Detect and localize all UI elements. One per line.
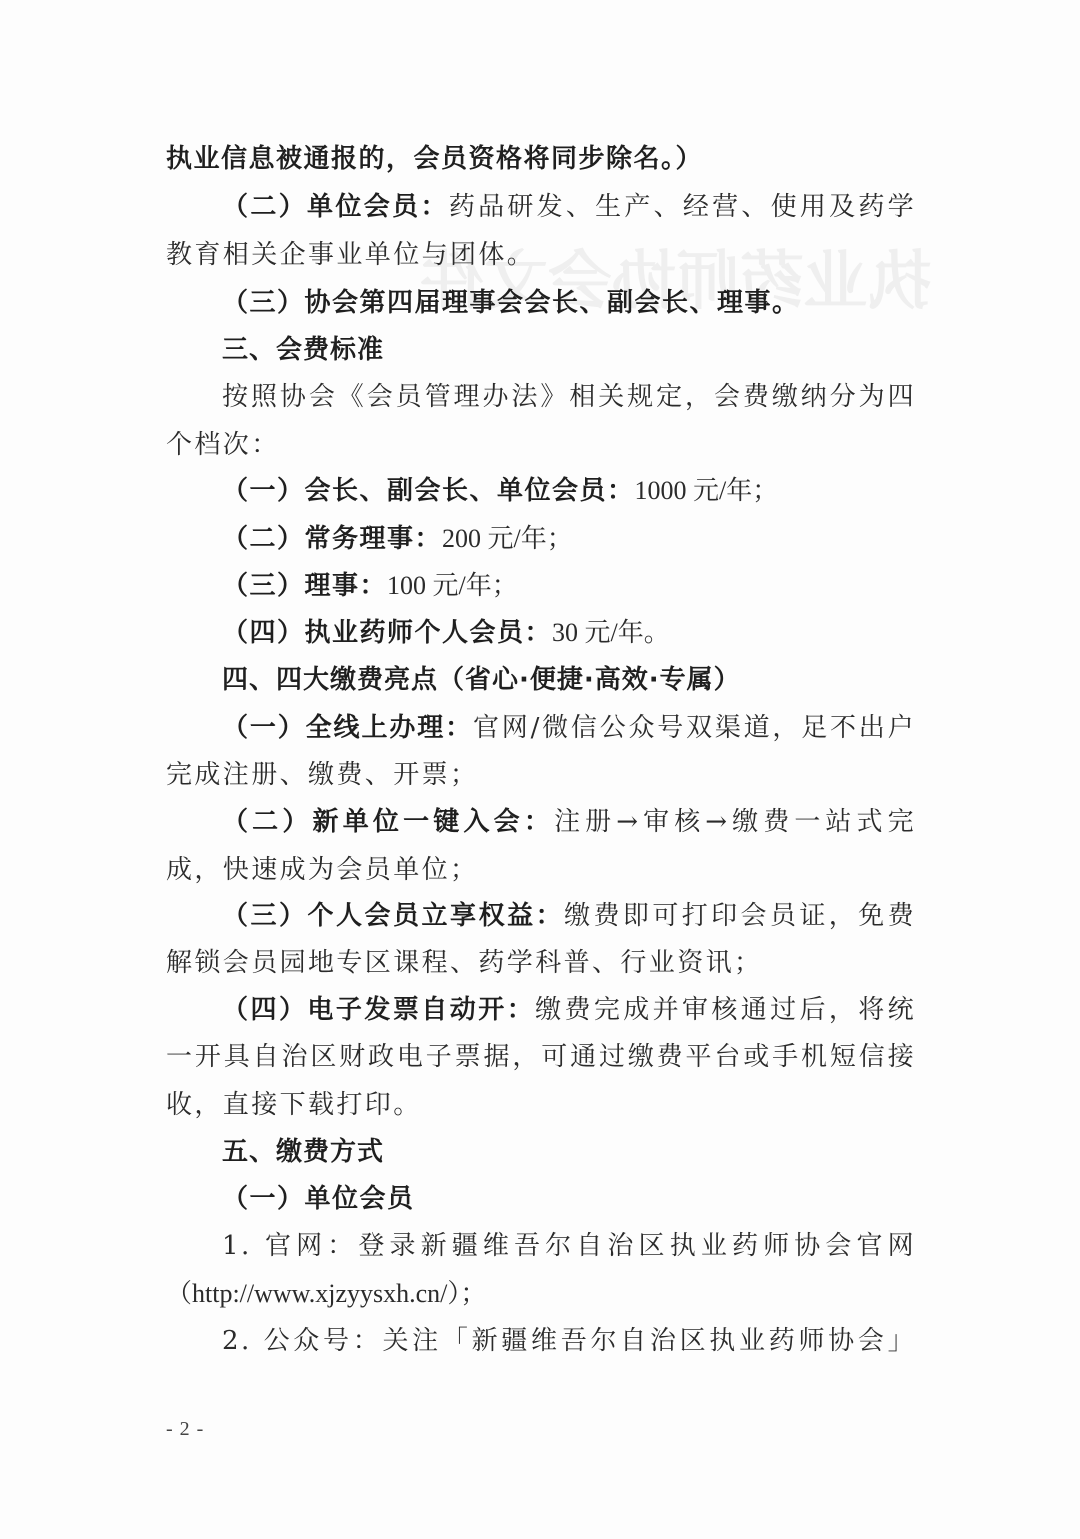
- body-text: 1. 官网：登录新疆维吾尔自治区执业药师协会官网: [222, 1231, 916, 1261]
- body-text: 药品研发、生产、经营、使用及药学: [449, 192, 916, 222]
- text-line: （二）单位会员：药品研发、生产、经营、使用及药学: [222, 190, 916, 224]
- heading-text: 五、缴费方式: [222, 1137, 384, 1167]
- fee-value: 30 元/年。: [552, 618, 670, 647]
- text-line: 个档次：: [166, 428, 916, 462]
- fee-value: 1000 元/年；: [635, 476, 779, 505]
- bold-text: （四）执业药师个人会员：: [222, 618, 552, 648]
- section-heading: 四、四大缴费亮点（省心·便捷·高效·专属）: [222, 663, 972, 697]
- bold-text: （三）理事：: [222, 571, 387, 601]
- fee-value: 100 元/年；: [387, 571, 518, 600]
- text-line: 一开具自治区财政电子票据，可通过缴费平台或手机短信接: [166, 1040, 916, 1074]
- body-text: 个档次：: [166, 430, 280, 460]
- body-text: 按照协会《会员管理办法》相关规定，会费缴纳分为四: [222, 382, 916, 412]
- bold-text: （四）电子发票自动开：: [222, 995, 535, 1025]
- bold-text: （一）单位会员: [222, 1184, 415, 1214]
- section-heading: 五、缴费方式: [222, 1135, 972, 1169]
- text-line: （一）全线上办理：官网/微信公众号双渠道，足不出户: [222, 711, 916, 745]
- body-text: 2. 公众号：关注「新疆维吾尔自治区执业药师协会」: [222, 1326, 916, 1356]
- text-line: （一）会长、副会长、单位会员：1000 元/年；: [222, 474, 972, 508]
- bold-text: （二）新单位一键入会：: [222, 807, 554, 837]
- body-text: 缴费即可打印会员证，免费: [564, 901, 916, 931]
- url-line: （http://www.xjzyysxh.cn/）；: [166, 1277, 916, 1311]
- bold-text: （二）常务理事：: [222, 524, 442, 554]
- text-line: 解锁会员园地专区课程、药学科普、行业资讯；: [166, 946, 916, 980]
- bold-text: 执业信息被通报的，会员资格将同步除名。）: [166, 144, 703, 174]
- subsection-heading: （一）单位会员: [222, 1182, 972, 1216]
- text-line: 成，快速成为会员单位；: [166, 853, 916, 887]
- body-text: 完成注册、缴费、开票；: [166, 760, 478, 790]
- text-line: （三）个人会员立享权益：缴费即可打印会员证，免费: [222, 899, 916, 933]
- body-text: 注册→审核→缴费一站式完: [554, 807, 916, 837]
- bold-text: （三）个人会员立享权益：: [222, 901, 564, 931]
- text-line: （三）协会第四届理事会会长、副会长、理事。: [222, 286, 972, 320]
- body-text: 一开具自治区财政电子票据，可通过缴费平台或手机短信接: [166, 1042, 916, 1072]
- text-line: （四）执业药师个人会员：30 元/年。: [222, 616, 972, 650]
- document-page: 执业药师协会文件 执业信息被通报的，会员资格将同步除名。） （二）单位会员：药品…: [0, 0, 1080, 1539]
- heading-text: 四、四大缴费亮点（省心·便捷·高效·专属）: [222, 665, 741, 695]
- text-line: （四）电子发票自动开：缴费完成并审核通过后，将统: [222, 993, 916, 1027]
- text-line: 2. 公众号：关注「新疆维吾尔自治区执业药师协会」: [222, 1324, 916, 1358]
- body-text: 成，快速成为会员单位；: [166, 855, 478, 885]
- text-line: 收，直接下载打印。: [166, 1088, 916, 1122]
- bold-text: （三）协会第四届理事会会长、副会长、理事。: [222, 288, 800, 318]
- text-line: 按照协会《会员管理办法》相关规定，会费缴纳分为四: [222, 380, 916, 414]
- page-number: - 2 -: [166, 1418, 204, 1441]
- body-text: 官网/微信公众号双渠道，足不出户: [473, 713, 916, 743]
- bold-text: （一）会长、副会长、单位会员：: [222, 476, 635, 506]
- bold-text: （二）单位会员：: [222, 192, 449, 222]
- text-line: （二）常务理事：200 元/年；: [222, 522, 972, 556]
- bold-text: （一）全线上办理：: [222, 713, 473, 743]
- text-line: 执业信息被通报的，会员资格将同步除名。）: [166, 142, 916, 176]
- body-text: 解锁会员园地专区课程、药学科普、行业资讯；: [166, 948, 762, 978]
- body-text: 教育相关企事业单位与团体。: [166, 240, 535, 270]
- text-line: （三）理事：100 元/年；: [222, 569, 972, 603]
- fee-value: 200 元/年；: [442, 524, 573, 553]
- section-heading: 三、会费标准: [222, 333, 972, 367]
- text-line: 完成注册、缴费、开票；: [166, 758, 916, 792]
- text-line: 教育相关企事业单位与团体。: [166, 238, 916, 272]
- text-line: 1. 官网：登录新疆维吾尔自治区执业药师协会官网: [222, 1229, 916, 1263]
- heading-text: 三、会费标准: [222, 335, 384, 365]
- website-url: （http://www.xjzyysxh.cn/）；: [166, 1279, 486, 1308]
- body-text: 收，直接下载打印。: [166, 1090, 422, 1120]
- body-text: 缴费完成并审核通过后，将统: [535, 995, 916, 1025]
- text-line: （二）新单位一键入会：注册→审核→缴费一站式完: [222, 805, 916, 839]
